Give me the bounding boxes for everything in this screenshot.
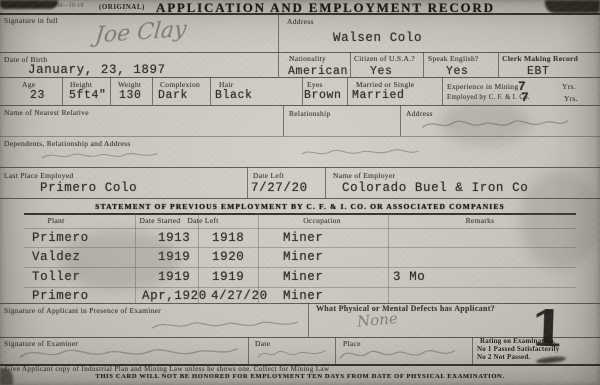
scan-artifact xyxy=(545,0,600,13)
dob-value: January, 23, 1897 xyxy=(28,63,166,77)
address-value: Walsen Colo xyxy=(333,31,422,45)
rating-option-not-passed: No 2 Not Passed. xyxy=(477,353,530,361)
eyes-value: Brown xyxy=(304,89,342,102)
married-label: Married or Single xyxy=(356,80,414,89)
age-value: 23 xyxy=(30,89,45,102)
signature-label: Signature in full xyxy=(4,16,58,25)
cell-date-left: 1918 xyxy=(212,231,244,245)
rule-line xyxy=(24,213,576,215)
stain xyxy=(520,170,600,270)
col-header-plant: Plant xyxy=(48,216,65,225)
rating-mark-handwritten: 1 xyxy=(529,298,566,358)
divider-line xyxy=(210,77,211,105)
divider-line xyxy=(350,52,351,77)
handwriting-scribble xyxy=(150,316,300,334)
defects-value: None xyxy=(356,309,398,330)
stain xyxy=(440,100,530,145)
address-label: Address xyxy=(287,17,314,26)
divider-line xyxy=(278,14,279,52)
hair-value: Black xyxy=(215,89,253,102)
relative-label: Name of Nearest Relative xyxy=(4,108,89,117)
divider-line xyxy=(308,303,309,337)
cell-occupation: Miner xyxy=(283,270,324,284)
cell-occupation: Miner xyxy=(283,231,324,245)
divider-line xyxy=(278,52,279,77)
divider-line xyxy=(335,337,336,364)
rule-line xyxy=(0,13,600,15)
nationality-label: Nationality xyxy=(289,54,326,63)
divider-line xyxy=(388,213,389,303)
footer-instruction: Give Applicant copy of Industrial Plan a… xyxy=(5,365,329,373)
cell-date-left: 1920 xyxy=(212,250,244,264)
relationship-label: Relationship xyxy=(289,109,331,118)
cell-date-started: Apr,1920 xyxy=(142,289,207,303)
cell-plant: Primero xyxy=(32,289,89,303)
employer-label: Name of Employer xyxy=(333,171,395,180)
rule-line xyxy=(24,228,576,229)
employed-value: 7 xyxy=(521,90,529,105)
handwriting-scribble xyxy=(40,148,170,164)
weight-value: 130 xyxy=(119,89,142,102)
rule-line xyxy=(0,303,600,304)
employed-unit: Yrs. xyxy=(564,94,578,103)
divider-line xyxy=(498,52,499,77)
cell-date-left: 4/27/20 xyxy=(211,289,268,303)
rule-line xyxy=(0,77,600,78)
divider-line xyxy=(152,77,153,105)
divider-line xyxy=(110,77,111,105)
divider-line xyxy=(247,167,248,198)
divider-line xyxy=(302,77,303,105)
applicant-sig-label: Signature of Applicant in Presence of Ex… xyxy=(4,306,161,315)
divider-line xyxy=(472,337,473,364)
stain xyxy=(60,230,180,290)
date-scribble xyxy=(255,346,330,362)
date-left-label: Date Left xyxy=(253,171,284,180)
col-header-occupation: Occupation xyxy=(303,216,341,225)
citizen-label: Citizen of U.S.A.? xyxy=(354,54,415,63)
employer-value: Colorado Buel & Iron Co xyxy=(342,181,528,195)
english-label: Speak English? xyxy=(428,54,479,63)
rule-line xyxy=(0,198,600,199)
cell-occupation: Miner xyxy=(283,250,324,264)
last-place-value: Primero Colo xyxy=(40,181,137,195)
examiner-signature-scribble xyxy=(16,343,241,363)
col-header-date-left: Date Left xyxy=(187,216,218,225)
rule-line xyxy=(0,167,600,168)
col-header-date-started: Date Started xyxy=(140,216,181,225)
experience-unit: Yrs. xyxy=(562,82,576,91)
copy-label: (ORIGINAL) xyxy=(99,3,145,11)
rule-line xyxy=(0,52,600,53)
previous-employment-banner: STATEMENT OF PREVIOUS EMPLOYMENT BY C. F… xyxy=(95,202,505,211)
applicant-signature: Joe Clay xyxy=(94,17,188,49)
cell-remarks: 3 Mo xyxy=(393,270,425,284)
place-scribble xyxy=(338,344,458,364)
height-value: 5ft4" xyxy=(69,89,107,102)
scan-artifact xyxy=(0,0,58,9)
divider-line xyxy=(283,105,284,136)
divider-line xyxy=(248,337,249,364)
hair-label: Hair xyxy=(219,80,234,89)
experience-label: Experience in Mining xyxy=(447,82,518,91)
divider-line xyxy=(442,77,443,105)
divider-line xyxy=(62,77,63,105)
cell-date-left: 1919 xyxy=(212,270,244,284)
complexion-value: Dark xyxy=(158,89,188,102)
dependents-label: Dependents, Relationship and Address xyxy=(4,139,131,148)
col-header-remarks: Remarks xyxy=(466,216,495,225)
last-place-label: Last Place Employed xyxy=(4,171,73,180)
divider-line xyxy=(347,77,348,105)
divider-line xyxy=(423,52,424,77)
footer-warning: THIS CARD WILL NOT BE HONORED FOR EMPLOY… xyxy=(95,373,504,380)
cell-occupation: Miner xyxy=(283,289,324,303)
married-value: Married xyxy=(352,89,405,102)
divider-line xyxy=(400,105,401,136)
clerk-label: Clerk Making Record xyxy=(502,54,578,63)
eyes-label: Eyes xyxy=(307,80,323,89)
application-form-document: Form 1604 Rev—10M—10-19 (ORIGINAL) APPLI… xyxy=(0,0,600,385)
divider-line xyxy=(325,167,326,198)
handwriting-scribble xyxy=(300,145,420,161)
height-label: Height xyxy=(70,80,92,89)
weight-label: Weight xyxy=(118,80,141,89)
age-label: Age xyxy=(22,80,35,89)
date-left-value: 7/27/20 xyxy=(251,181,308,195)
defects-label: What Physical or Mental Defects has Appl… xyxy=(316,304,495,313)
complexion-label: Complexion xyxy=(160,80,200,89)
